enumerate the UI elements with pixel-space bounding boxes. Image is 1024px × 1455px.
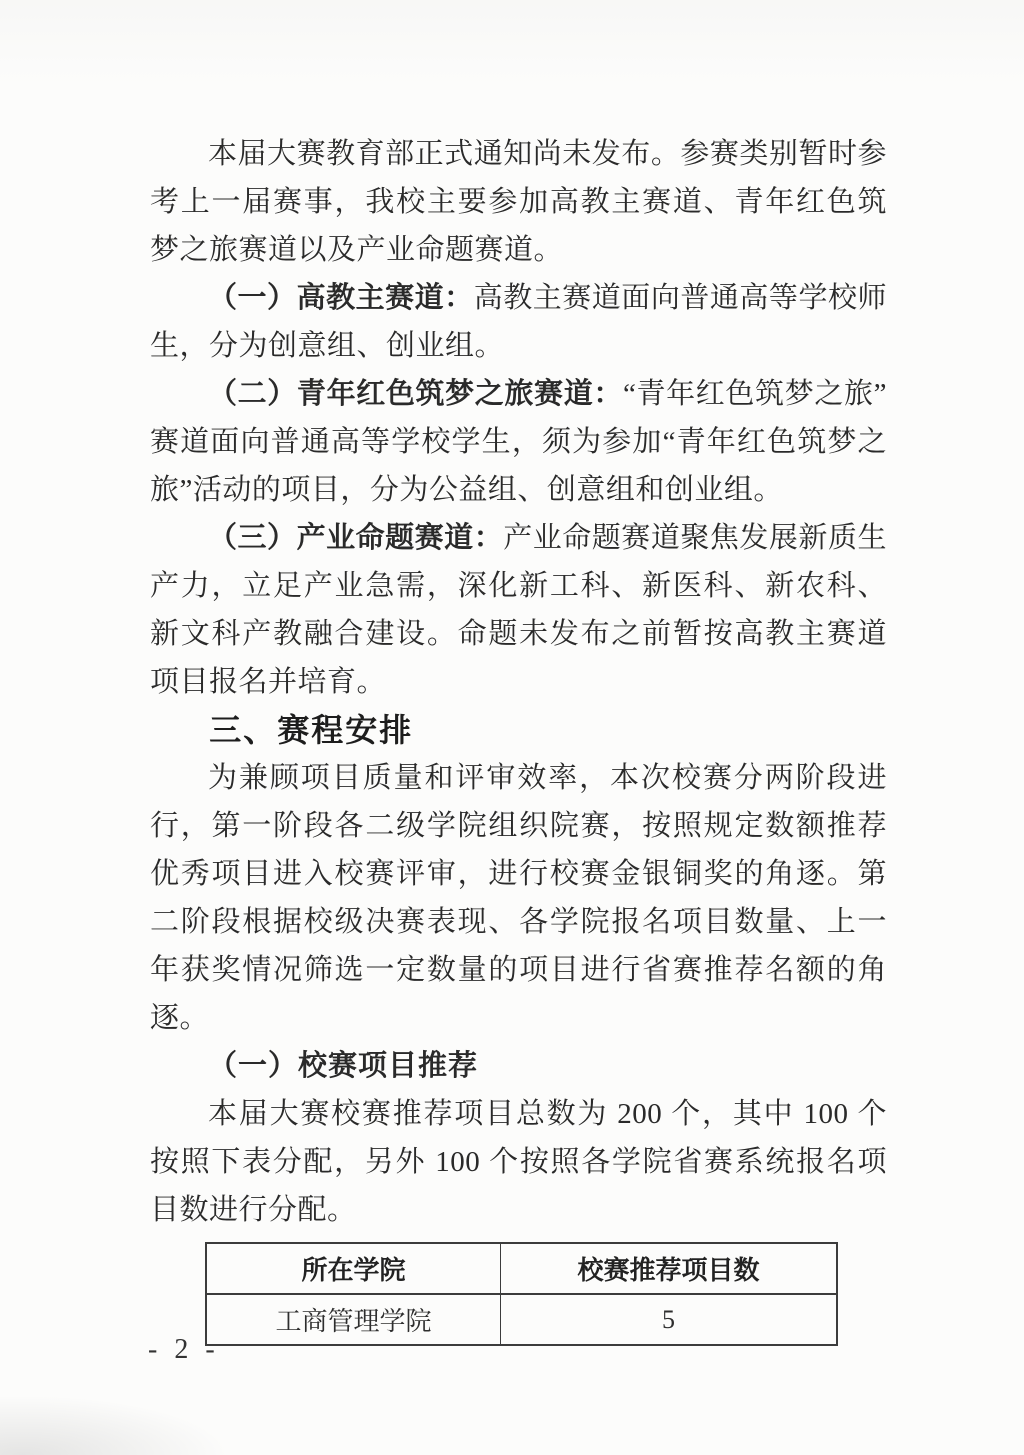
subsection-heading: （一）校赛项目推荐 (150, 1042, 887, 1090)
track-3-lead: （三）产业命题赛道： (208, 522, 503, 554)
allocation-table-head: 所在学院 校赛推荐项目数 (206, 1243, 837, 1294)
table-row: 工商管理学院 5 (206, 1294, 837, 1345)
track-paragraph-2: （二）青年红色筑梦之旅赛道：“青年红色筑梦之旅”赛道面向普通高等学校学生，须为参… (150, 370, 887, 514)
table-header-row: 所在学院 校赛推荐项目数 (206, 1243, 837, 1294)
page-number: - 2 - (148, 1334, 220, 1366)
schedule-paragraph: 为兼顾项目质量和评审效率，本次校赛分两阶段进行，第一阶段各二级学院组织院赛，按照… (150, 754, 887, 1042)
table-cell-count: 5 (501, 1294, 838, 1345)
scan-smudge (0, 1395, 230, 1455)
table-header-count: 校赛推荐项目数 (501, 1243, 838, 1294)
section-heading: 三、赛程安排 (150, 706, 887, 754)
allocation-table: 所在学院 校赛推荐项目数 工商管理学院 5 (205, 1242, 838, 1346)
document-body: 本届大赛教育部正式通知尚未发布。参赛类别暂时参考上一届赛事，我校主要参加高教主赛… (150, 130, 887, 1346)
document-page: 本届大赛教育部正式通知尚未发布。参赛类别暂时参考上一届赛事，我校主要参加高教主赛… (0, 0, 1024, 1455)
track-paragraph-1: （一）高教主赛道：高教主赛道面向普通高等学校师生，分为创意组、创业组。 (150, 274, 887, 370)
allocation-paragraph: 本届大赛校赛推荐项目总数为 200 个，其中 100 个按照下表分配，另外 10… (150, 1090, 887, 1234)
intro-paragraph: 本届大赛教育部正式通知尚未发布。参赛类别暂时参考上一届赛事，我校主要参加高教主赛… (150, 130, 887, 274)
table-cell-college: 工商管理学院 (206, 1294, 501, 1345)
track-1-lead: （一）高教主赛道： (208, 282, 474, 314)
allocation-table-body: 工商管理学院 5 (206, 1294, 837, 1345)
track-paragraph-3: （三）产业命题赛道：产业命题赛道聚焦发展新质生产力，立足产业急需，深化新工科、新… (150, 514, 887, 706)
table-header-college: 所在学院 (206, 1243, 501, 1294)
track-2-lead: （二）青年红色筑梦之旅赛道： (208, 378, 623, 410)
